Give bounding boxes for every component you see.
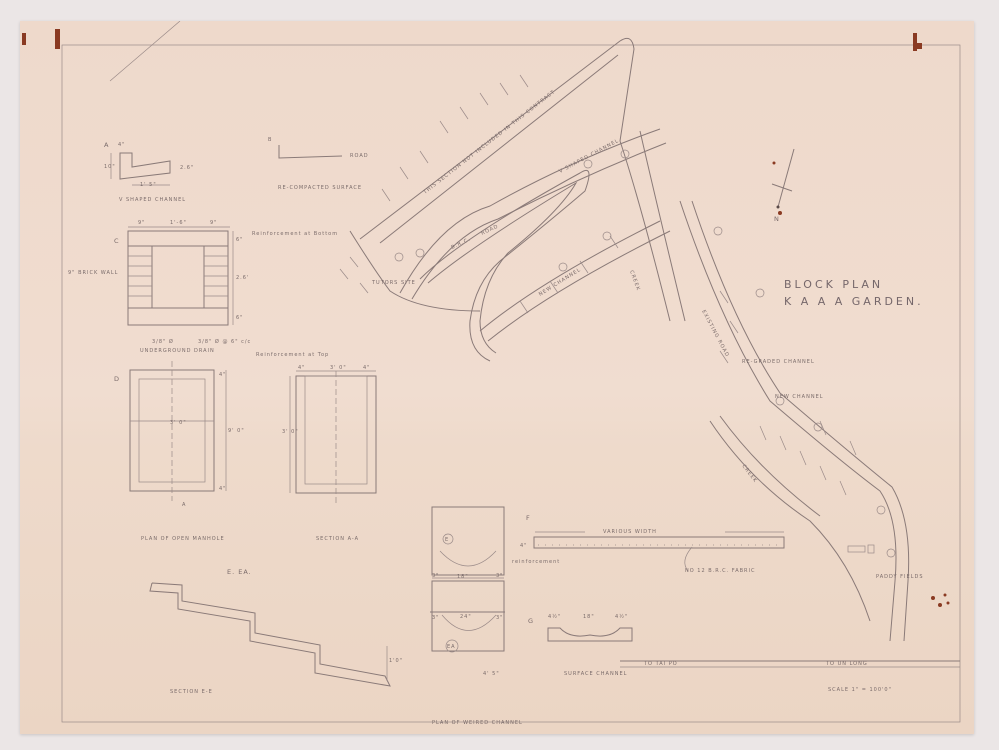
paddy-fields-label: PADDY FIELDS <box>876 574 924 580</box>
scale-label: SCALE 1" = 100'0" <box>828 687 892 693</box>
fabric-note: NO 12 B.R.C. FABRIC <box>685 568 756 574</box>
svg-text:3/8" Ø @ 6" c/c: 3/8" Ø @ 6" c/c <box>198 338 251 345</box>
north-arrow: N <box>772 149 794 223</box>
svg-text:24": 24" <box>460 614 472 620</box>
section-aa-caption: SECTION A-A <box>316 536 359 542</box>
creek-label-upper: CREEK <box>628 270 641 292</box>
detail-d-mark: D <box>114 375 120 383</box>
creek-label-lower: CREEK <box>740 464 758 485</box>
svg-text:E: E <box>445 537 449 543</box>
svg-text:3": 3" <box>432 573 439 579</box>
svg-text:9": 9" <box>138 220 145 226</box>
svg-text:4½": 4½" <box>615 613 628 620</box>
svg-text:9' 0": 9' 0" <box>228 428 245 434</box>
svg-text:6": 6" <box>236 237 243 243</box>
svg-text:3' 0": 3' 0" <box>170 420 187 426</box>
north-label: N <box>774 215 780 223</box>
svg-text:1'0": 1'0" <box>389 658 403 664</box>
svg-text:9": 9" <box>210 220 217 226</box>
right-brick-wall <box>204 246 228 308</box>
title-line-1: BLOCK PLAN <box>784 278 883 291</box>
svg-text:1'-6": 1'-6" <box>170 220 187 226</box>
left-brick-wall <box>128 246 152 308</box>
detail-b-caption: RE-COMPACTED SURFACE <box>278 185 362 191</box>
svg-text:NEW CHANNEL: NEW CHANNEL <box>775 394 824 400</box>
v-channel-shape <box>120 153 170 179</box>
svg-text:4": 4" <box>363 365 370 371</box>
site-plan: THIS SECTION NOT INCLUDED IN THIS CONTRA… <box>340 38 924 641</box>
to-un-long-label: TO UN LONG <box>825 661 868 667</box>
excluded-section-note: THIS SECTION NOT INCLUDED IN THIS CONTRA… <box>422 89 557 196</box>
svg-text:4' 5": 4' 5" <box>483 671 500 677</box>
detail-e-caption: SECTION E-E <box>170 689 213 695</box>
svg-text:Reinforcement at Bottom: Reinforcement at Bottom <box>252 231 338 237</box>
drawing-sheet: A 4" 10" 2.6" 1' 5" V SHAPED CHANNEL B R… <box>20 21 974 734</box>
svg-text:B.R.C.: B.R.C. <box>450 236 472 250</box>
road-baseline: TO TAI PO TO UN LONG SCALE 1" = 100'0" <box>620 661 960 693</box>
svg-text:1' 5": 1' 5" <box>140 182 157 188</box>
svg-text:2.6': 2.6' <box>236 275 249 281</box>
rust-stains <box>22 29 950 607</box>
svg-text:10": 10" <box>104 164 116 170</box>
svg-text:EA: EA <box>447 644 456 650</box>
svg-text:reinforcement: reinforcement <box>512 559 560 565</box>
various-width-label: VARIOUS WIDTH <box>603 529 657 535</box>
svg-text:3' 0": 3' 0" <box>282 429 299 435</box>
detail-c-underground-drain: C 9" 1'-6" 9" 6" 2.6' 6" 9" BRICK WALL R… <box>68 220 338 358</box>
stepped-slab <box>150 583 390 686</box>
weired-channel-caption: PLAN OF WEIRED CHANNEL <box>432 720 523 726</box>
svg-text:3' 0": 3' 0" <box>330 365 347 371</box>
detail-a-caption: V SHAPED CHANNEL <box>119 197 186 203</box>
svg-text:6": 6" <box>236 315 243 321</box>
detail-f-slab: F VARIOUS WIDTH 4" reinforcement NO 12 B… <box>512 514 784 574</box>
svg-text:18": 18" <box>583 614 595 620</box>
detail-g-caption: SURFACE CHANNEL <box>564 671 627 677</box>
detail-c-mark: C <box>114 237 120 245</box>
svg-text:4": 4" <box>298 365 305 371</box>
svg-text:ROAD: ROAD <box>350 153 369 159</box>
svg-text:4": 4" <box>520 543 527 549</box>
detail-g-mark: G <box>528 617 534 625</box>
svg-text:2.6": 2.6" <box>180 165 194 171</box>
svg-text:4": 4" <box>118 142 125 148</box>
detail-f-mark: F <box>526 514 531 522</box>
frame-border <box>62 45 960 722</box>
plan-manhole-caption: PLAN OF OPEN MANHOLE <box>141 536 225 542</box>
svg-text:V SHAPED CHANNEL: V SHAPED CHANNEL <box>558 138 620 175</box>
svg-text:18": 18" <box>457 574 469 580</box>
title-block: BLOCK PLAN K A A A GARDEN. <box>784 278 924 308</box>
title-line-2: K A A A GARDEN. <box>784 295 924 308</box>
svg-text:3": 3" <box>496 573 503 579</box>
tutors-site-label: TUTORS SITE <box>371 280 416 286</box>
svg-text:A: A <box>182 502 186 508</box>
detail-e-mark: E. EA. <box>227 568 252 576</box>
fold-crease <box>110 21 180 81</box>
detail-g-surface-channel: G 4½" 18" 4½" SURFACE CHANNEL <box>528 613 632 677</box>
svg-text:4½": 4½" <box>548 613 561 620</box>
svg-text:3": 3" <box>496 615 503 621</box>
existing-road-label: EXISTING ROAD <box>700 309 730 358</box>
detail-d-open-manhole: D 3' 0" 9' 0" 4" 4" A PLAN OF OPEN MANHO… <box>114 361 376 542</box>
to-tai-po-label: TO TAI PO <box>643 661 678 667</box>
drawing-canvas: A 4" 10" 2.6" 1' 5" V SHAPED CHANNEL B R… <box>20 21 974 734</box>
weired-channel-plan: E 3" 18" 3" 3" 24" 3" EA 4' 5" PLAN OF W… <box>430 507 523 726</box>
svg-text:3": 3" <box>432 615 439 621</box>
svg-text:4": 4" <box>219 372 226 378</box>
svg-text:4": 4" <box>219 486 226 492</box>
bottom-slab <box>128 308 228 325</box>
detail-a-v-channel: A 4" 10" 2.6" 1' 5" V SHAPED CHANNEL <box>104 141 194 203</box>
svg-text:RE-GRADED CHANNEL: RE-GRADED CHANNEL <box>742 359 815 365</box>
brick-wall-label: 9" BRICK WALL <box>68 270 118 276</box>
detail-e-stepped-section: E. EA. 1'0" SECTION E-E <box>150 568 403 695</box>
detail-c-caption: UNDERGROUND DRAIN <box>140 348 215 354</box>
detail-b-mark: B <box>268 137 272 143</box>
top-slab <box>128 231 228 246</box>
detail-a-mark: A <box>104 141 109 149</box>
svg-text:3/8" Ø: 3/8" Ø <box>152 338 174 345</box>
svg-text:Reinforcement at Top: Reinforcement at Top <box>256 352 329 358</box>
detail-b-compacted-surface: B ROAD RE-COMPACTED SURFACE <box>268 137 369 191</box>
